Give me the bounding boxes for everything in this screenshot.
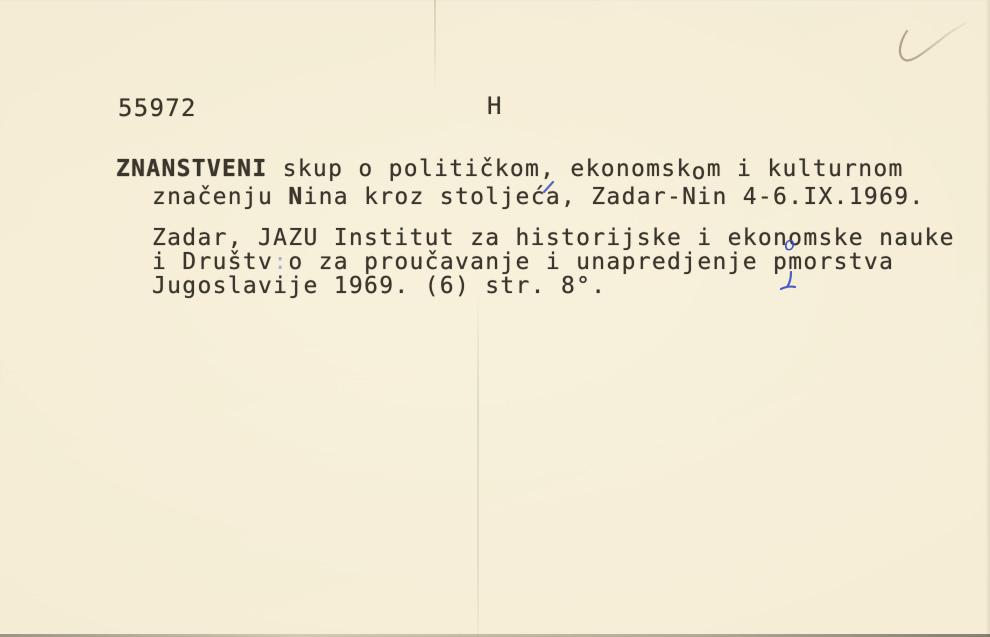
faint-ink-mark: :	[273, 249, 288, 275]
imprint-line-1: Zadar, JAZU Institut za historijske i ek…	[152, 226, 955, 251]
imprint-line-2: i Društv:o za proučavanje i unapredjenje…	[152, 250, 894, 275]
title-segment: skup o političkom, ekonomsk	[267, 156, 691, 182]
title-heading-word: ZNANSTVENI	[116, 156, 267, 182]
catalog-number: 55972	[118, 95, 197, 121]
title-overstruck-letter: N	[288, 184, 303, 210]
title-segment: m i kulturnom	[707, 156, 904, 182]
handwritten-o-correction: o	[783, 235, 796, 254]
imprint-segment: o za proučavanje i unapredjenje pmorstva	[288, 249, 894, 275]
title-segment: značenju	[152, 184, 288, 210]
title-line-2: značenju Nina kroz stoljeća, Zadar-Nin 4…	[152, 185, 925, 210]
scan-crease-line	[434, 0, 436, 92]
pencil-checkmark	[900, 23, 966, 60]
imprint-line-3: Jugoslavije 1969. (6) str. 8°.	[152, 274, 606, 299]
catalog-card-scan: 55972 H ZNANSTVENI skup o političkom, ek…	[0, 0, 990, 637]
heading-letter: H	[487, 93, 503, 119]
scan-crease-line	[477, 295, 479, 637]
title-segment: ina kroz stoljeća, Zadar-Nin 4-6.IX.1969…	[303, 184, 924, 210]
imprint-segment: i Društv	[152, 249, 273, 275]
title-line-1: ZNANSTVENI skup o političkom, ekonomskom…	[116, 157, 904, 182]
title-dropped-letter: o	[692, 160, 707, 185]
